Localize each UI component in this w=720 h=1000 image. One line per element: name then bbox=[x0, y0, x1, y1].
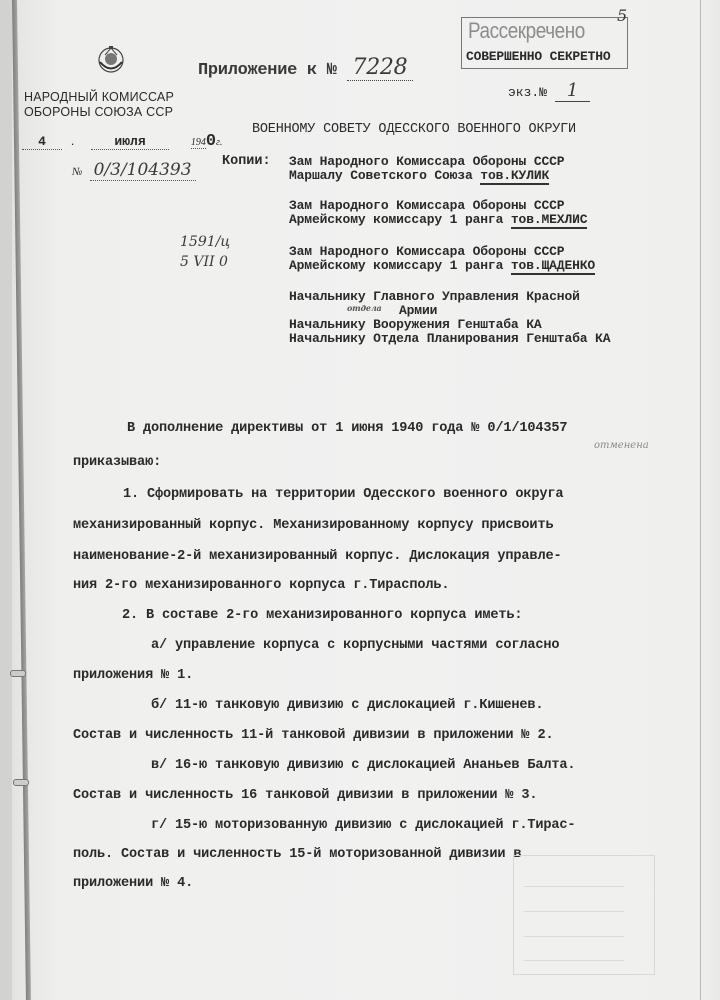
staple-icon bbox=[10, 670, 26, 677]
date-year-unit: г. bbox=[216, 137, 222, 148]
issuer-block: НАРОДНЫЙ КОМИССАР ОБОРОНЫ СОЮЗА ССР bbox=[24, 90, 174, 120]
issuer-line: ОБОРОНЫ СОЮЗА ССР bbox=[24, 105, 174, 120]
copy-recipient: Зам Народного Комиссара Обороны СССР Мар… bbox=[289, 155, 564, 183]
intro-line: В дополнение директивы от 1 июня 1940 го… bbox=[127, 421, 567, 436]
copy-label: экз.№ bbox=[508, 85, 547, 100]
date-day: 4 bbox=[22, 134, 62, 150]
addressee: ВОЕННОМУ СОВЕТУ ОДЕССКОГО ВОЕННОГО ОКРУГ… bbox=[252, 122, 576, 137]
copy-recipient: Зам Народного Комиссара Обороны СССР Арм… bbox=[289, 245, 595, 273]
copy-value: 1 bbox=[555, 80, 590, 102]
recipient-name: тов.ЩАДЕНКО bbox=[511, 258, 595, 275]
body-line: поль. Состав и численность 15-й моторизо… bbox=[73, 847, 521, 862]
recipient-name: тов.МЕХЛИС bbox=[511, 212, 588, 229]
copy-number: экз.№ 1 bbox=[508, 80, 590, 101]
body-line: г/ 15-ю моторизованную дивизию с дислока… bbox=[151, 818, 575, 833]
body-line: в/ 16-ю танковую дивизию с дислокацией А… bbox=[151, 758, 575, 773]
reg-number-value: 0/3/104393 bbox=[90, 160, 196, 181]
appendix-label: Приложение к № bbox=[198, 61, 337, 80]
body-line: наименование-2-й механизированный корпус… bbox=[73, 549, 561, 564]
date-year-suffix: 0 bbox=[206, 132, 216, 151]
recipient-rank: Армейскому комиссару 1 ранга bbox=[289, 258, 511, 273]
recipient-rank: Армейскому комиссару 1 ранга bbox=[289, 212, 511, 227]
recipient-title: Зам Народного Комиссара Обороны СССР bbox=[289, 155, 564, 169]
margin-note-line: 1591/ц bbox=[180, 232, 230, 252]
document-page: НАРОДНЫЙ КОМИССАР ОБОРОНЫ СОЮЗА ССР 4 . … bbox=[0, 0, 720, 1000]
margin-note-line: 5 VII 0 bbox=[180, 252, 230, 272]
directive-reference: В дополнение директивы от 1 июня 1940 го… bbox=[127, 421, 567, 436]
archive-stamp-bleedthrough bbox=[513, 855, 655, 975]
page-mark: 5 bbox=[617, 6, 627, 25]
body-line: а/ управление корпуса с корпусными частя… bbox=[151, 638, 559, 653]
recipient-line: Начальнику Отдела Планирования Генштаба … bbox=[289, 332, 610, 346]
body-line: приложении № 4. bbox=[73, 876, 193, 891]
date-month: июля bbox=[91, 134, 169, 150]
recipient-name: тов.КУЛИК bbox=[480, 168, 549, 185]
ussr-coat-of-arms-icon bbox=[95, 45, 127, 75]
handwritten-annotation: отменена bbox=[594, 440, 649, 451]
document-date: 4 . июля 1940г. bbox=[22, 132, 222, 151]
body-line: Состав и численность 16 танковой дивизии… bbox=[73, 788, 537, 803]
body-line: 2. В составе 2-го механизированного корп… bbox=[122, 608, 522, 623]
scan-shadow bbox=[0, 0, 12, 1000]
secrecy-label: СОВЕРШЕННО СЕКРЕТНО bbox=[466, 49, 610, 64]
staple-icon bbox=[13, 779, 29, 786]
recipient-line: Начальнику Главного Управления Красной bbox=[289, 290, 610, 304]
declassification-stamp: Рассекречено bbox=[468, 18, 585, 44]
order-word: приказываю: bbox=[73, 455, 161, 470]
other-recipients: Начальнику Главного Управления Красной о… bbox=[289, 290, 610, 346]
recipient-line: Армии bbox=[399, 303, 437, 318]
recipient-title: Зам Народного Комиссара Обороны СССР bbox=[289, 245, 595, 259]
copies-label: Копии: bbox=[222, 154, 271, 169]
registration-number: № 0/3/104393 bbox=[72, 160, 196, 181]
body-line: приложения № 1. bbox=[73, 668, 193, 683]
body-line: ния 2-го механизированного корпуса г.Тир… bbox=[73, 578, 449, 593]
recipient-rank: Маршалу Советского Союза bbox=[289, 168, 480, 183]
page-edge bbox=[700, 0, 701, 1000]
number-sign: № bbox=[72, 166, 82, 178]
date-year-prefix: 194 bbox=[191, 137, 206, 149]
recipient-line: Начальнику Вооружения Генштаба КА bbox=[289, 318, 610, 332]
body-line: б/ 11-ю танковую дивизию с дислокацией г… bbox=[151, 698, 543, 713]
recipient-title: Зам Народного Комиссара Обороны СССР bbox=[289, 199, 587, 213]
handwritten-insert: отдела bbox=[347, 301, 382, 315]
appendix-number: 7228 bbox=[347, 55, 414, 81]
body-line: механизированный корпус. Механизированно… bbox=[73, 518, 553, 533]
copy-recipient: Зам Народного Комиссара Обороны СССР Арм… bbox=[289, 199, 587, 227]
handwritten-margin-note: 1591/ц 5 VII 0 bbox=[180, 232, 230, 272]
issuer-line: НАРОДНЫЙ КОМИССАР bbox=[24, 90, 174, 105]
body-line: 1. Сформировать на территории Одесского … bbox=[123, 487, 563, 502]
body-line: Состав и численность 11-й танковой дивиз… bbox=[73, 728, 553, 743]
appendix-heading: Приложение к № 7228 bbox=[198, 55, 413, 80]
